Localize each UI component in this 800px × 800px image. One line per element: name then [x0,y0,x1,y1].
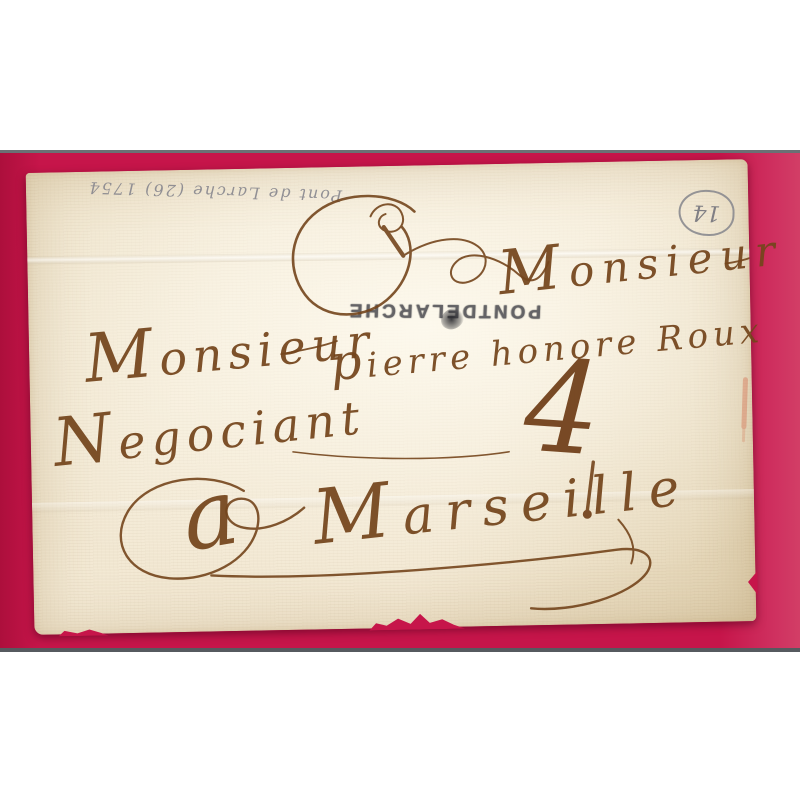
right-edge-nick [745,571,757,595]
red-crayon-residue [741,377,748,429]
address-destination: Marseille [308,434,694,562]
bottom-edge-tear [369,612,465,631]
bottom-left-nick [58,626,108,636]
pencil-annotation: Pont de Larche (26) 1754 [52,177,342,206]
letter-photo: Pont de Larche (26) 1754 14 PONTDELARCHE… [0,150,800,652]
photo-bottom-edge [0,648,800,652]
folded-letter-paper: Pont de Larche (26) 1754 14 PONTDELARCHE… [26,159,757,635]
address-destination-prefix: a [173,458,246,573]
address-salutation: Monsieur [494,208,786,309]
product-photo-canvas: Pont de Larche (26) 1754 14 PONTDELARCHE… [0,0,800,800]
photo-top-edge [0,150,800,153]
